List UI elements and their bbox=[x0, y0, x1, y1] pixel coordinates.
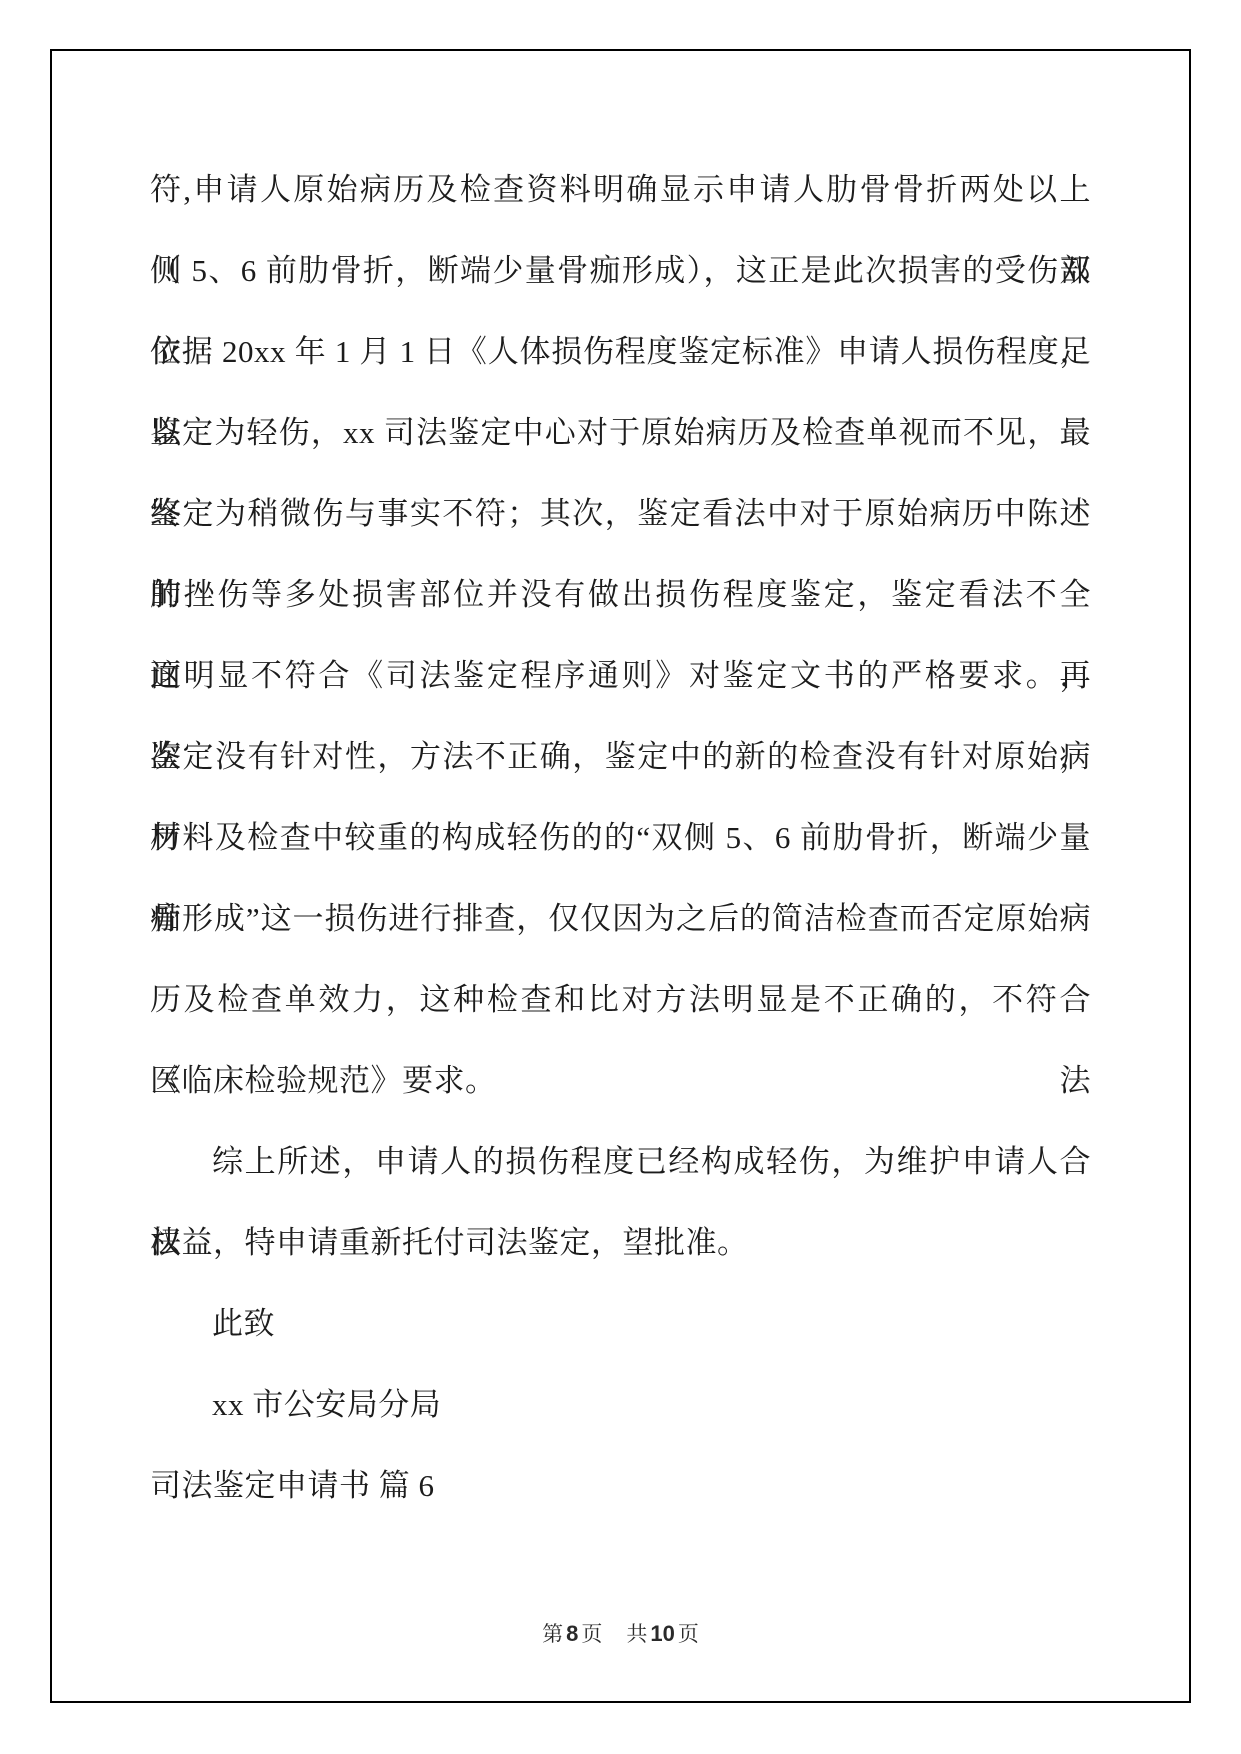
document-line: 鉴定没有针对性，方法不正确，鉴定中的新的检查没有针对原始病历 bbox=[150, 716, 1091, 797]
section-heading: 司法鉴定申请书 篇 6 bbox=[150, 1445, 1091, 1526]
total-pages-prefix: 共 bbox=[626, 1622, 647, 1646]
recipient-name: xx 市公安局分局 bbox=[150, 1364, 1091, 1445]
document-page: { "document": { "lines": [ { "text": "符,… bbox=[0, 0, 1241, 1754]
total-pages-unit: 页 bbox=[678, 1622, 699, 1646]
document-line: 侧 5、6 前肋骨折，断端少量骨痂形成），这正是此次损害的受伤部位， bbox=[150, 230, 1091, 311]
page-footer: 第8页共10页 bbox=[0, 1620, 1241, 1648]
document-line: 鉴定为轻伤，xx 司法鉴定中心对于原始病历及检查单视而不见，最终 bbox=[150, 392, 1091, 473]
document-line: 符,申请人原始病历及检查资料明确显示申请人肋骨骨折两处以上（双 bbox=[150, 149, 1091, 230]
page-number-prefix: 第 bbox=[542, 1622, 563, 1646]
document-line: 材料及检查中较重的构成轻伤的的“双侧 5、6 前肋骨折，断端少量骨 bbox=[150, 797, 1091, 878]
document-line: 综上所述，申请人的损伤程度已经构成轻伤，为维护申请人合法 bbox=[150, 1121, 1091, 1202]
document-line: 这明显不符合《司法鉴定程序通则》对鉴定文书的严格要求。再次， bbox=[150, 635, 1091, 716]
document-line: 鉴定为稍微伤与事实不符；其次，鉴定看法中对于原始病历中陈述的 bbox=[150, 473, 1091, 554]
current-page-number: 8 bbox=[563, 1621, 581, 1646]
document-body: 符,申请人原始病历及检查资料明确显示申请人肋骨骨折两处以上（双 侧 5、6 前肋… bbox=[150, 149, 1091, 1526]
page-number-unit: 页 bbox=[581, 1622, 602, 1646]
document-line: 权益，特申请重新托付司法鉴定，望批准。 bbox=[150, 1202, 1091, 1283]
document-line: 历及检查单效力，这种检查和比对方法明显是不正确的，不符合《法 bbox=[150, 959, 1091, 1040]
document-line: 痂形成”这一损伤进行排查，仅仅因为之后的简洁检查而否定原始病 bbox=[150, 878, 1091, 959]
closing-salutation: 此致 bbox=[150, 1283, 1091, 1364]
total-pages-number: 10 bbox=[647, 1621, 677, 1646]
document-line: 依据 20xx 年 1 月 1 日《人体损伤程度鉴定标准》申请人损伤程度足以 bbox=[150, 311, 1091, 392]
document-line: 肺挫伤等多处损害部位并没有做出损伤程度鉴定，鉴定看法不全面， bbox=[150, 554, 1091, 635]
